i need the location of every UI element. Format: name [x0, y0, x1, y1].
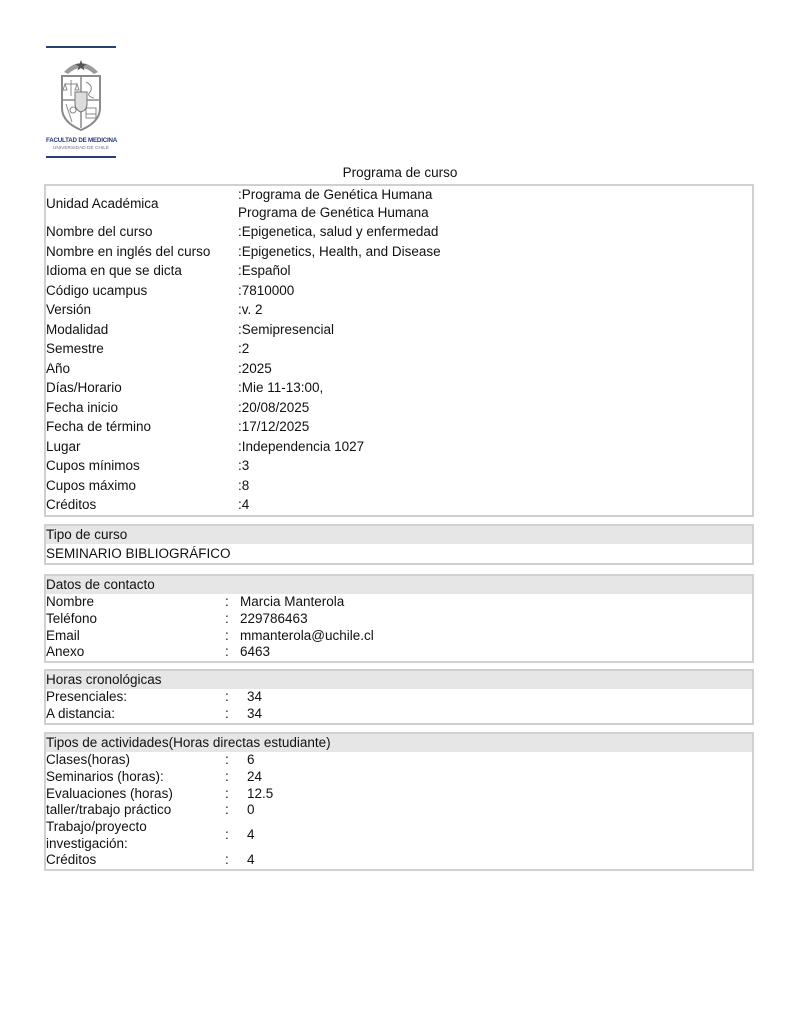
info-value: :Mie 11-13:00, [238, 378, 323, 398]
info-row: Semestre:2 [46, 339, 752, 359]
contact-phone: 229786463 [240, 611, 308, 628]
logo-top-rule [46, 46, 116, 48]
info-label: Unidad Académica [46, 194, 159, 214]
info-value: :2 [238, 339, 249, 359]
info-value: :7810000 [238, 281, 294, 301]
info-row: Cupos mínimos:3 [46, 456, 752, 476]
contact-row: Anexo:6463 [46, 644, 752, 661]
info-value: :17/12/2025 [238, 417, 309, 437]
university-crest-icon [56, 52, 106, 134]
info-row: Cupos máximo:8 [46, 476, 752, 496]
info-label: Lugar [46, 437, 81, 457]
info-label: Nombre del curso [46, 222, 153, 242]
section-header: Tipo de curso [46, 526, 752, 544]
course-type-value: SEMINARIO BIBLIOGRÁFICO [46, 544, 752, 563]
info-value: :2025 [238, 359, 272, 379]
contact-row: Nombre:Marcia Manterola [46, 594, 752, 611]
info-value: :Epigenetica, salud y enfermedad [238, 222, 438, 242]
contact-row: Email:mmanterola@uchile.cl [46, 628, 752, 645]
info-value: :Español [238, 261, 291, 281]
activity-row: Evaluaciones (horas):12.5 [46, 786, 752, 803]
activity-row: Trabajo/proyecto investigación::4 [46, 819, 752, 852]
contact-row: Teléfono:229786463 [46, 611, 752, 628]
hours-row: Presenciales::34 [46, 689, 752, 706]
info-label: Semestre [46, 339, 104, 359]
info-label: Cupos máximo [46, 476, 136, 496]
info-row: Código ucampus:7810000 [46, 281, 752, 301]
info-row: Fecha de término:17/12/2025 [46, 417, 752, 437]
section-header: Tipos de actividades(Horas directas estu… [46, 734, 752, 752]
activity-row: Créditos:4 [46, 852, 752, 869]
activities-section: Tipos de actividades(Horas directas estu… [44, 732, 754, 871]
info-value: :v. 2 [238, 300, 263, 320]
activity-row: taller/trabajo práctico:0 [46, 802, 752, 819]
info-label: Nombre en inglés del curso [46, 242, 210, 262]
info-label: Código ucampus [46, 281, 147, 301]
info-row: Modalidad:Semipresencial [46, 320, 752, 340]
info-row: Año:2025 [46, 359, 752, 379]
document-title: Programa de curso [0, 165, 800, 180]
info-row: Días/Horario:Mie 11-13:00, [46, 378, 752, 398]
info-label: Cupos mínimos [46, 456, 140, 476]
info-row: Créditos:4 [46, 495, 752, 515]
info-label: Fecha inicio [46, 398, 118, 418]
info-row: Versión:v. 2 [46, 300, 752, 320]
info-row: Fecha inicio:20/08/2025 [46, 398, 752, 418]
info-label: Modalidad [46, 320, 108, 340]
info-value: :8 [238, 476, 249, 496]
logo-bottom-rule [46, 156, 116, 158]
info-label: Idioma en que se dicta [46, 261, 182, 281]
info-row: Nombre en inglés del curso:Epigenetics, … [46, 242, 752, 262]
course-type-section: Tipo de curso SEMINARIO BIBLIOGRÁFICO [44, 524, 754, 565]
course-general-info: Unidad Académica :Programa de Genética H… [44, 184, 754, 517]
info-label: Fecha de término [46, 417, 151, 437]
section-header: Horas cronológicas [46, 671, 752, 689]
contact-extension: 6463 [240, 644, 270, 661]
hours-row: A distancia::34 [46, 706, 752, 723]
info-value: :4 [238, 495, 249, 515]
info-value: :Independencia 1027 [238, 437, 364, 457]
contact-section: Datos de contacto Nombre:Marcia Manterol… [44, 574, 754, 663]
activity-row: Seminarios (horas)::24 [46, 769, 752, 786]
faculty-logo: FACULTAD DE MEDICINA UNIVERSIDAD DE CHIL… [46, 46, 116, 160]
info-value: :Epigenetics, Health, and Disease [238, 242, 441, 262]
info-label: Versión [46, 300, 91, 320]
hours-section: Horas cronológicas Presenciales::34 A di… [44, 669, 754, 725]
info-value: :Programa de Genética Humana Programa de… [238, 186, 432, 221]
info-value: :3 [238, 456, 249, 476]
info-row: Nombre del curso:Epigenetica, salud y en… [46, 222, 752, 242]
info-value: :20/08/2025 [238, 398, 309, 418]
info-value: :Semipresencial [238, 320, 334, 340]
contact-email: mmanterola@uchile.cl [240, 628, 374, 645]
info-label: Créditos [46, 495, 96, 515]
university-name: UNIVERSIDAD DE CHILE [46, 146, 116, 151]
faculty-name: FACULTAD DE MEDICINA [46, 137, 116, 144]
info-row: Idioma en que se dicta:Español [46, 261, 752, 281]
activity-row: Clases(horas):6 [46, 752, 752, 769]
info-row: Lugar:Independencia 1027 [46, 437, 752, 457]
info-label: Año [46, 359, 70, 379]
section-header: Datos de contacto [46, 576, 752, 594]
info-row: Unidad Académica :Programa de Genética H… [46, 186, 752, 222]
contact-name: Marcia Manterola [240, 594, 344, 611]
info-label: Días/Horario [46, 378, 122, 398]
